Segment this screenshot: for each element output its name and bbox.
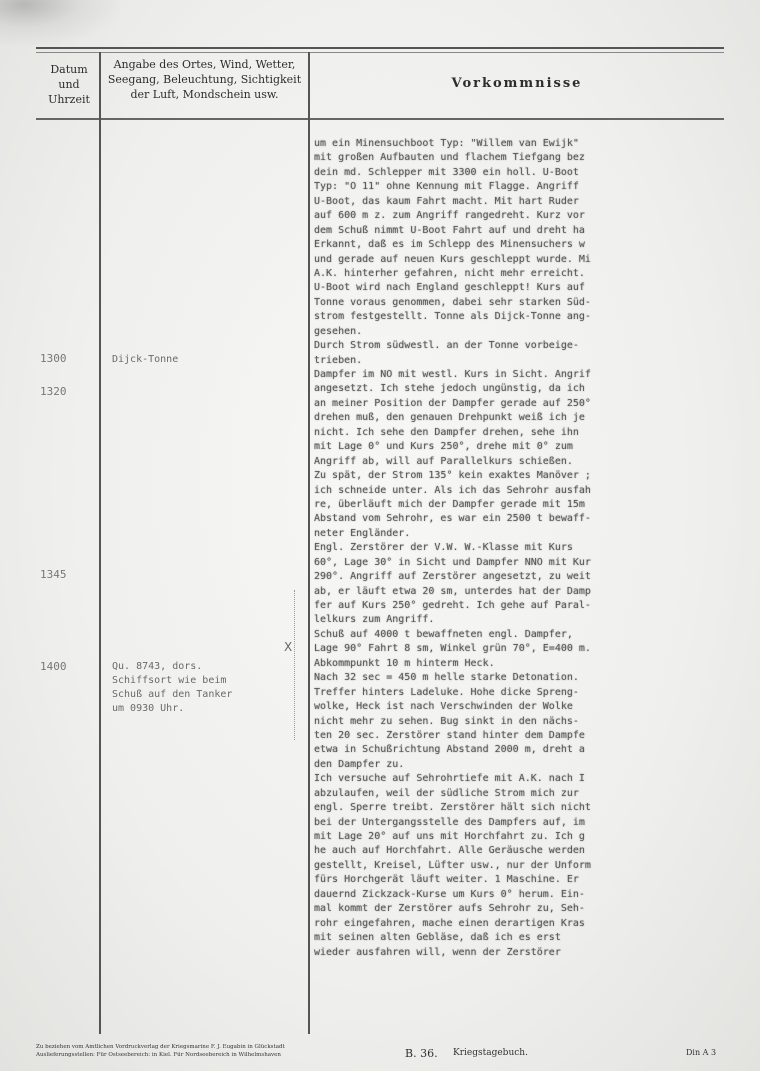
scan-smudge — [0, 0, 120, 45]
events-line: wolke, Heck ist nach Verschwinden der Wo… — [314, 700, 734, 714]
events-line: nicht mehr zu sehen. Bug sinkt in den nä… — [314, 715, 734, 729]
events-line: Engl. Zerstörer der V.W. W.-Klasse mit K… — [314, 541, 734, 555]
entry-time: 1400 — [40, 660, 90, 673]
footer-form-code: Din A 3 — [686, 1048, 716, 1057]
document-page: Datum und Uhrzeit Angabe des Ortes, Wind… — [0, 0, 760, 1071]
events-line: Typ: "O 11" ohne Kennung mit Flagge. Ang… — [314, 180, 734, 194]
events-line: Nach 32 sec = 450 m helle starke Detonat… — [314, 671, 734, 685]
events-line: Abstand vom Sehrohr, es war ein 2500 t b… — [314, 512, 734, 526]
entry-time: 1320 — [40, 385, 90, 398]
footer-imprint: Zu beziehen vom Amtlichen Vordruckverlag… — [36, 1043, 376, 1059]
events-line: Angriff ab, will auf Parallelkurs schieß… — [314, 455, 734, 469]
column-divider-place — [308, 52, 310, 1034]
events-line: neter Engländer. — [314, 527, 734, 541]
events-text-block: um ein Minensuchboot Typ: "Willem van Ew… — [314, 137, 734, 960]
events-line: dein md. Schlepper mit 3300 ein holl. U-… — [314, 166, 734, 180]
events-line: gesehen. — [314, 325, 734, 339]
events-line: mit seinen alten Gebläse, daß ich es ers… — [314, 931, 734, 945]
events-line: Zu spät, der Strom 135° kein exaktes Man… — [314, 469, 734, 483]
events-line: etwa in Schußrichtung Abstand 2000 m, dr… — [314, 743, 734, 757]
events-line: U-Boot wird nach England geschleppt! Kur… — [314, 281, 734, 295]
events-line: drehen muß, den genauen Drehpunkt weiß i… — [314, 411, 734, 425]
entry-place: Qu. 8743, dors. Schiffsort wie beim Schu… — [112, 660, 302, 716]
events-line: dem Schuß nimmt U-Boot Fahrt auf und dre… — [314, 224, 734, 238]
events-line: und gerade auf neuen Kurs geschleppt wur… — [314, 253, 734, 267]
footer-form-number: B. 36. — [405, 1047, 438, 1060]
events-line: wieder ausfahren will, wenn der Zerstöre… — [314, 946, 734, 960]
table-header-rule — [36, 118, 724, 122]
footer-form-name: Kriegstagebuch. — [453, 1048, 528, 1058]
events-line: an meiner Position der Dampfer gerade au… — [314, 397, 734, 411]
events-line: abzulaufen, weil der südliche Strom mich… — [314, 787, 734, 801]
events-line: trieben. — [314, 354, 734, 368]
events-line: den Dampfer zu. — [314, 758, 734, 772]
events-line: U-Boot, das kaum Fahrt macht. Mit hart R… — [314, 195, 734, 209]
events-line: he auch auf Horchfahrt. Alle Geräusche w… — [314, 844, 734, 858]
margin-mark: X — [284, 640, 292, 654]
header-date-time: Datum und Uhrzeit — [40, 62, 98, 107]
events-line: lelkurs zum Angriff. — [314, 613, 734, 627]
events-line: re, überläuft mich der Dampfer gerade mi… — [314, 498, 734, 512]
events-line: ten 20 sec. Zerstörer stand hinter dem D… — [314, 729, 734, 743]
events-line: Treffer hinters Ladeluke. Hohe dicke Spr… — [314, 686, 734, 700]
events-line: fürs Horchgerät läuft weiter. 1 Maschine… — [314, 873, 734, 887]
events-line: Dampfer im NO mit westl. Kurs in Sicht. … — [314, 368, 734, 382]
events-line: rohr eingefahren, mache einen derartigen… — [314, 917, 734, 931]
events-line: engl. Sperre treibt. Zerstörer hält sich… — [314, 801, 734, 815]
events-line: gestellt, Kreisel, Lüfter usw., nur der … — [314, 859, 734, 873]
events-line: mit großen Aufbauten und flachem Tiefgan… — [314, 151, 734, 165]
entry-time: 1345 — [40, 568, 90, 581]
header-events: Vorkommnisse — [312, 76, 722, 91]
header-place-weather: Angabe des Ortes, Wind, Wetter, Seegang,… — [102, 57, 307, 102]
events-line: ich schneide unter. Als ich das Sehrohr … — [314, 484, 734, 498]
events-line: Schuß auf 4000 t bewaffneten engl. Dampf… — [314, 628, 734, 642]
events-line: um ein Minensuchboot Typ: "Willem van Ew… — [314, 137, 734, 151]
events-line: auf 600 m z. zum Angriff rangedreht. Kur… — [314, 209, 734, 223]
events-line: mit Lage 0° und Kurs 250°, drehe mit 0° … — [314, 440, 734, 454]
events-line: Erkannt, daß es im Schlepp des Minensuch… — [314, 238, 734, 252]
events-line: 290°. Angriff auf Zerstörer angesetzt, z… — [314, 570, 734, 584]
table-top-rule — [36, 47, 724, 53]
events-line: mit Lage 20° auf uns mit Horchfahrt zu. … — [314, 830, 734, 844]
column-divider-date — [99, 52, 101, 1034]
events-line: nicht. Ich sehe den Dampfer drehen, sehe… — [314, 426, 734, 440]
events-line: ab, er läuft etwa 20 sm, unterdes hat de… — [314, 585, 734, 599]
events-line: dauernd Zickzack-Kurse um Kurs 0° herum.… — [314, 888, 734, 902]
dotted-margin-line — [294, 590, 295, 740]
events-line: 60°, Lage 30° in Sicht und Dampfer NNO m… — [314, 556, 734, 570]
events-line: Tonne voraus genommen, dabei sehr starke… — [314, 296, 734, 310]
entry-place: Dijck-Tonne — [112, 353, 302, 367]
events-line: Lage 90° Fahrt 8 sm, Winkel grün 70°, E=… — [314, 642, 734, 656]
events-line: Durch Strom südwestl. an der Tonne vorbe… — [314, 339, 734, 353]
events-line: fer auf Kurs 250° gedreht. Ich gehe auf … — [314, 599, 734, 613]
events-line: Ich versuche auf Sehrohrtiefe mit A.K. n… — [314, 772, 734, 786]
events-line: angesetzt. Ich stehe jedoch ungünstig, d… — [314, 382, 734, 396]
events-line: mal kommt der Zerstörer aufs Sehrohr zu,… — [314, 902, 734, 916]
entry-time: 1300 — [40, 352, 90, 365]
events-line: bei der Untergangsstelle des Dampfers au… — [314, 816, 734, 830]
events-line: Abkommpunkt 10 m hinterm Heck. — [314, 657, 734, 671]
events-line: strom festgestellt. Tonne als Dijck-Tonn… — [314, 310, 734, 324]
events-line: A.K. hinterher gefahren, nicht mehr erre… — [314, 267, 734, 281]
